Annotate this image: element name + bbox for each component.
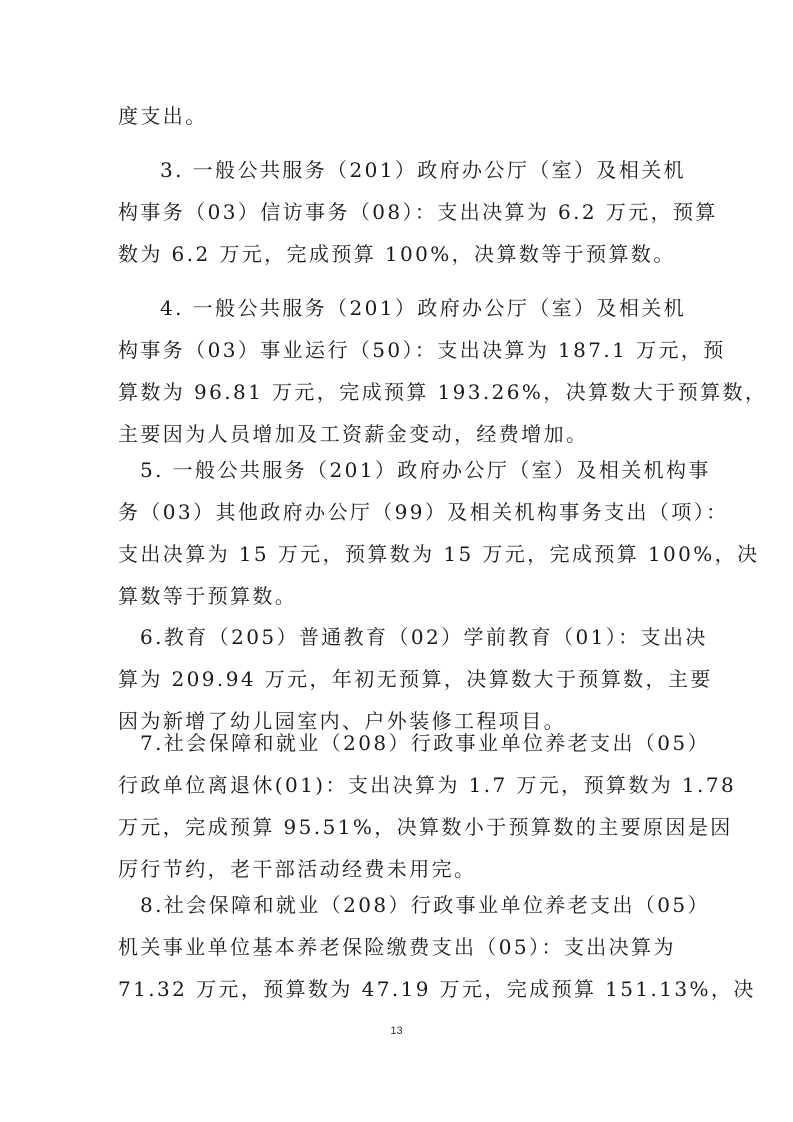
- text-line: 数为 6.2 万元，完成预算 100%，决算数等于预算数。: [118, 240, 678, 268]
- text-line: 行政单位离退休(01)：支出决算为 1.7 万元，预算数为 1.78: [118, 771, 678, 799]
- text-line: 支出决算为 15 万元，预算数为 15 万元，完成预算 100%，决: [118, 540, 678, 568]
- text-line: 算数等于预算数。: [118, 582, 678, 610]
- text-line: 构事务（03）事业运行（50）：支出决算为 187.1 万元，预: [118, 336, 678, 364]
- page-number: 13: [0, 1025, 793, 1037]
- text-line: 71.32 万元，预算数为 47.19 万元，完成预算 151.13%，决: [118, 975, 678, 1003]
- text-line: 算为 209.94 万元，年初无预算，决算数大于预算数，主要: [118, 665, 678, 693]
- text-line: 度支出。: [118, 102, 678, 130]
- text-line: 构事务（03）信访事务（08）：支出决算为 6.2 万元，预算: [118, 198, 678, 226]
- text-line: 4. 一般公共服务（201）政府办公厅（室）及相关机: [160, 294, 720, 322]
- text-line: 算数为 96.81 万元，完成预算 193.26%，决算数大于预算数，: [118, 378, 678, 406]
- text-line: 8.社会保障和就业（208）行政事业单位养老支出（05）: [140, 891, 700, 919]
- text-line: 厉行节约，老干部活动经费未用完。: [118, 855, 678, 883]
- text-line: 5. 一般公共服务（201）政府办公厅（室）及相关机构事: [140, 456, 700, 484]
- text-line: 万元，完成预算 95.51%，决算数小于预算数的主要原因是因: [118, 813, 678, 841]
- text-line: 6.教育（205）普通教育（02）学前教育（01）：支出决: [140, 623, 700, 651]
- text-line: 7.社会保障和就业（208）行政事业单位养老支出（05）: [140, 729, 700, 757]
- text-line: 机关事业单位基本养老保险缴费支出（05）：支出决算为: [118, 933, 678, 961]
- text-line: 主要因为人员增加及工资薪金变动，经费增加。: [118, 420, 678, 448]
- document-page: 度支出。3. 一般公共服务（201）政府办公厅（室）及相关机构事务（03）信访事…: [0, 0, 793, 1122]
- text-line: 务（03）其他政府办公厅（99）及相关机构事务支出（项）：: [118, 498, 678, 526]
- text-line: 3. 一般公共服务（201）政府办公厅（室）及相关机: [160, 156, 720, 184]
